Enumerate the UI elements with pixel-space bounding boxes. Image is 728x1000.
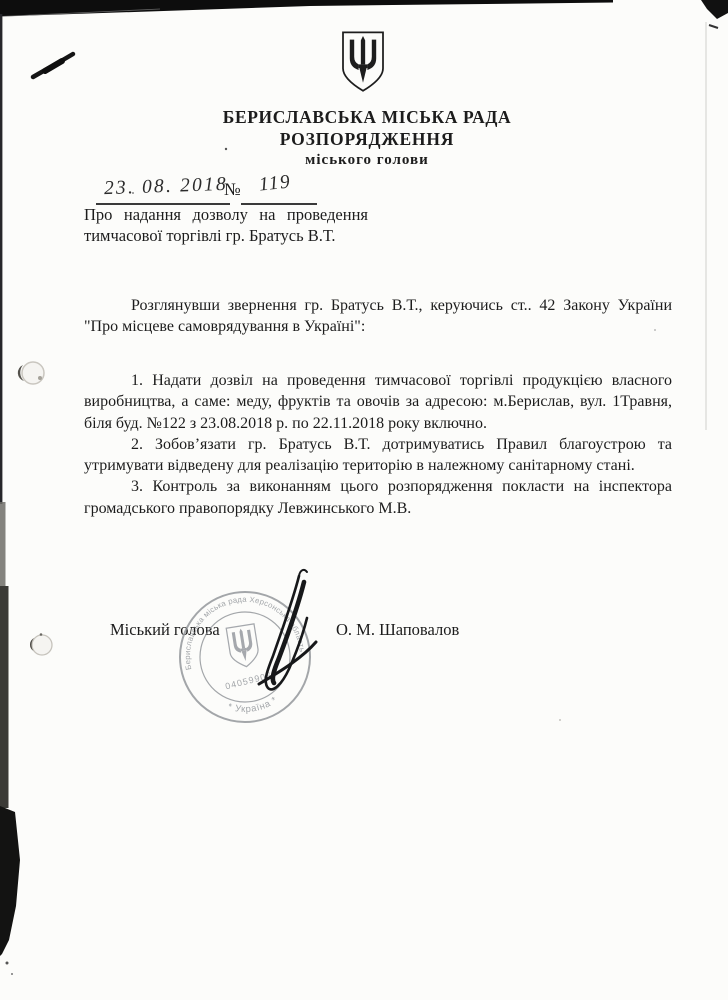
document-header: БЕРИСЛАВСЬКА МІСЬКА РАДА РОЗПОРЯДЖЕННЯ м… <box>84 107 650 170</box>
scan-edge-left-wedge <box>0 806 20 956</box>
order-item-1: 1. Надати дозвіл на проведення тимчасово… <box>84 370 672 434</box>
intro-paragraph-block: Розглянувши звернення гр. Братусь В.Т., … <box>84 295 672 338</box>
scan-edge-top <box>0 0 613 17</box>
subject-block: Про надання дозволу на проведення тимчас… <box>84 204 368 246</box>
intro-paragraph: Розглянувши звернення гр. Братусь В.Т., … <box>84 295 672 338</box>
trident-emblem-icon <box>338 30 388 94</box>
doc-type-title: РОЗПОРЯДЖЕННЯ <box>84 129 650 150</box>
order-items-block: 1. Надати дозвіл на проведення тимчасово… <box>84 370 672 519</box>
hole-punch-mark-1 <box>18 362 44 384</box>
date-handwritten: 23. 08. 2018 <box>104 174 229 200</box>
order-item-2: 2. Зобов’язати гр. Братусь В.Т. дотримув… <box>84 434 672 477</box>
doc-subtitle: міського голови <box>84 151 650 170</box>
subject-line-1: Про надання дозволу на проведення <box>84 204 368 225</box>
hole-punch-mark-2 <box>30 633 52 655</box>
number-sign: № <box>224 179 241 200</box>
pen-mark <box>33 54 73 77</box>
number-handwritten: 119 <box>258 171 292 196</box>
signature-scribble <box>220 560 340 710</box>
scan-edge-left-thin <box>0 14 2 504</box>
order-item-3: 3. Контроль за виконанням цього розпоряд… <box>84 476 672 519</box>
signature-name: О. М. Шаповалов <box>336 620 459 640</box>
org-name: БЕРИСЛАВСЬКА МІСЬКА РАДА <box>84 107 650 128</box>
scanned-document-page: БЕРИСЛАВСЬКА МІСЬКА РАДА РОЗПОРЯДЖЕННЯ м… <box>0 0 728 1000</box>
scan-edge-top-right <box>701 0 728 19</box>
subject-line-2: тимчасової торгівлі гр. Братусь В.Т. <box>84 225 368 246</box>
date-number-line: 23. 08. 2018 № 119 <box>96 174 376 206</box>
